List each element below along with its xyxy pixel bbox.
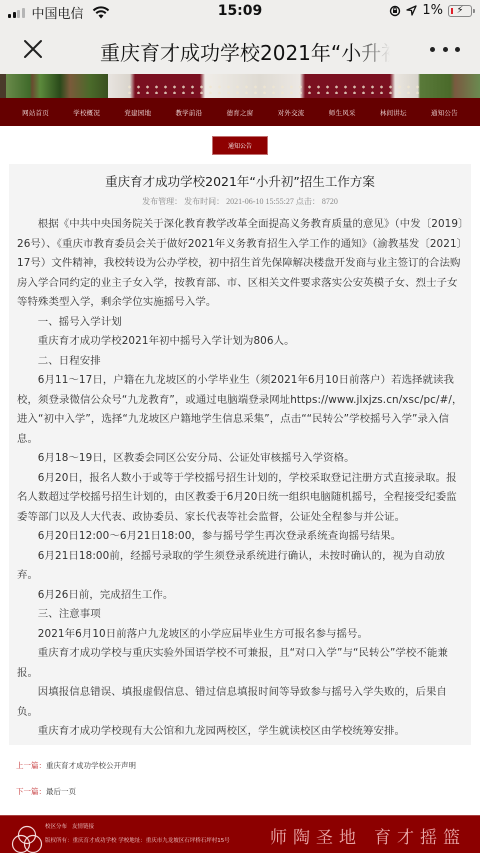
footer: 校区分布 友情链接 版权所有：重庆育才成功学校 学校地址：重庆市九龙坡区石坪桥石… xyxy=(0,815,480,853)
footer-links: 校区分布 友情链接 xyxy=(45,822,94,830)
article-meta: 发布管理： 发布时间： 2021-06-10 15:55:27 点击： 8720 xyxy=(9,196,471,207)
main-nav: 网站首页 学校概况 党建园地 教学前沿 德育之窗 对外交流 师生风采 林间讲坛 … xyxy=(0,98,480,126)
nav-item-school-overview[interactable]: 学校概况 xyxy=(73,108,100,117)
article-body: 根据《中共中央国务院关于深化教育教学改革全面提高义务教育质量的意见》（中发〔20… xyxy=(17,215,465,742)
school-logo-icon xyxy=(10,823,44,853)
section-heading-3: 三、注意事项 xyxy=(17,605,465,625)
category-notices-button[interactable]: 通知公告 xyxy=(212,136,268,155)
section-heading-1: 一、摇号入学计划 xyxy=(17,313,465,333)
status-bar: 中国电信 15:09 1% ⚡ xyxy=(0,0,480,24)
footer-copyright: 版权所有：重庆育才成功学校 学校地址：重庆市九龙坡区石坪桥石坪村15号 xyxy=(45,836,230,844)
paragraph: 因填报信息错误、填报虚假信息、错过信息填报时间等导致参与摇号入学失败的，后果自负… xyxy=(17,683,465,722)
publish-time-label: 发布时间： xyxy=(184,197,224,206)
orientation-lock-icon xyxy=(389,5,401,17)
page-title: 重庆育才成功学校2021年“小升初”招生工作方案 xyxy=(100,37,390,66)
nav-item-notices[interactable]: 通知公告 xyxy=(431,108,458,117)
footer-link-friends[interactable]: 友情链接 xyxy=(72,822,94,830)
slogan-right: 育才摇篮 xyxy=(374,828,466,848)
paragraph: 6月11～17日，户籍在九龙坡区的小学毕业生（须2021年6月10日前落户）若选… xyxy=(17,371,465,449)
paragraph: 重庆育才成功学校2021年初中摇号入学计划为806人。 xyxy=(17,332,465,352)
paragraph: 6月18～19日，区教委会同区公安分局、公证处审核摇号入学资格。 xyxy=(17,449,465,469)
paragraph-intro: 根据《中共中央国务院关于深化教育教学改革全面提高义务教育质量的意见》（中发〔20… xyxy=(17,215,465,313)
nav-item-forum[interactable]: 林间讲坛 xyxy=(380,108,407,117)
browser-title-bar: 重庆育才成功学校2021年“小升初”招生工作方案 xyxy=(0,24,480,74)
prev-label: 上一篇： xyxy=(16,761,46,770)
next-label: 下一篇： xyxy=(16,787,46,796)
paragraph: 6月21日18:00前，经摇号录取的学生须登录系统进行确认，未按时确认的，视为自… xyxy=(17,547,465,586)
footer-slogan: 师陶圣地育才摇篮 xyxy=(270,823,466,848)
close-icon[interactable] xyxy=(20,36,46,62)
footer-link-campus[interactable]: 校区分布 xyxy=(45,822,67,830)
battery-charging-icon: ⚡ xyxy=(448,5,472,17)
article-container: 重庆育才成功学校2021年“小升初”招生工作方案 发布管理： 发布时间： 202… xyxy=(9,164,471,745)
more-dots-icon[interactable] xyxy=(430,38,460,60)
slogan-left: 师陶圣地 xyxy=(270,828,362,848)
article-title: 重庆育才成功学校2021年“小升初”招生工作方案 xyxy=(9,172,471,190)
next-article-link: 最后一页 xyxy=(46,787,76,796)
clicks-label: 点击： xyxy=(296,197,320,206)
nav-item-teachers-students[interactable]: 师生风采 xyxy=(329,108,356,117)
publisher-label: 发布管理： xyxy=(142,197,182,206)
paragraph: 重庆育才成功学校与重庆实验外国语学校不可兼报，且“对口入学”与“民转公”学校不能… xyxy=(17,644,465,683)
location-arrow-icon xyxy=(406,5,417,16)
paragraph: 2021年6月10日前落户九龙坡区的小学应届毕业生方可报名参与摇号。 xyxy=(17,625,465,645)
paragraph: 6月26日前，完成招生工作。 xyxy=(17,586,465,606)
paragraph: 6月20日12:00～6月21日18:00，参与摇号学生再次登录系统查询摇号结果… xyxy=(17,527,465,547)
nav-item-external-exchange[interactable]: 对外交流 xyxy=(278,108,305,117)
battery-percent: 1% xyxy=(422,3,443,18)
nav-item-home[interactable]: 网站首页 xyxy=(22,108,49,117)
section-heading-2: 二、日程安排 xyxy=(17,352,465,372)
next-article: 下一篇：最后一页 xyxy=(16,786,76,797)
clicks-value: 8720 xyxy=(322,197,338,206)
nav-item-moral-education[interactable]: 德育之窗 xyxy=(227,108,254,117)
school-banner-image xyxy=(0,74,480,98)
prev-article-link[interactable]: 重庆育才成功学校公开声明 xyxy=(46,761,136,770)
nav-item-party-building[interactable]: 党建园地 xyxy=(124,108,151,117)
prev-article: 上一篇：重庆育才成功学校公开声明 xyxy=(16,760,136,771)
status-right: 1% ⚡ xyxy=(389,3,472,18)
banner-pattern xyxy=(125,84,425,94)
publish-time-value: 2021-06-10 15:55:27 xyxy=(226,197,294,206)
paragraph: 重庆育才成功学校现有大公馆和九龙园两校区，学生就读校区由学校统筹安排。 xyxy=(17,722,465,742)
paragraph: 6月20日，报名人数小于或等于学校摇号招生计划的，学校采取登记注册方式直接录取。… xyxy=(17,469,465,528)
nav-item-teaching-frontier[interactable]: 教学前沿 xyxy=(175,108,202,117)
